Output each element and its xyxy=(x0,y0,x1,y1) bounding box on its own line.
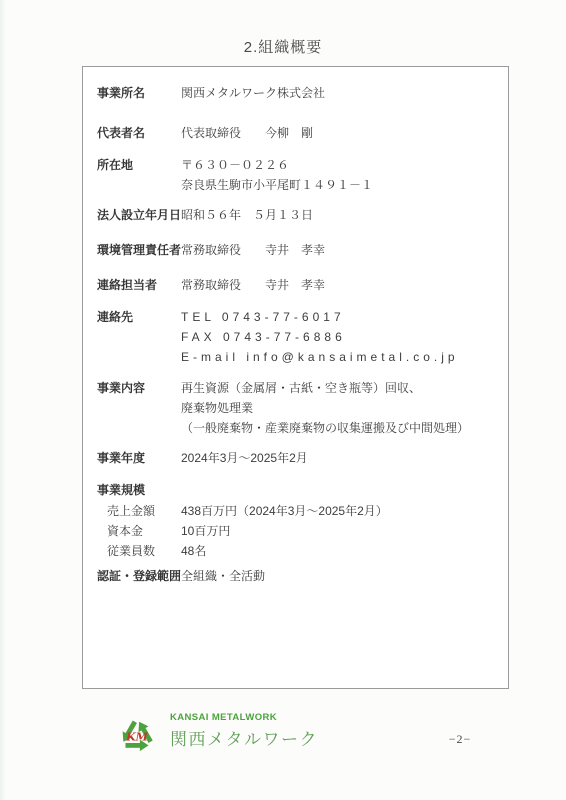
row-value: 48名 xyxy=(181,541,206,561)
table-row-contact: 連絡先 TEL 0743-77-6017 FAX 0743-77-6886 E-… xyxy=(97,307,494,367)
row-value: 全組織・全活動 xyxy=(181,566,265,586)
row-value: 438百万円（2024年3月～2025年2月） xyxy=(181,501,388,521)
logo-name-ja: 関西メタルワーク xyxy=(170,725,318,750)
table-row: 代表者名 代表取締役 今柳 剛 xyxy=(97,123,494,143)
row-label: 事業年度 xyxy=(97,448,181,468)
row-value: 常務取締役 寺井 孝幸 xyxy=(181,240,325,260)
company-logo: KM KANSAI METALWORK 関西メタルワーク xyxy=(113,705,318,757)
table-row: 事業年度 2024年3月～2025年2月 xyxy=(97,448,494,468)
row-value: 代表取締役 今柳 剛 xyxy=(181,123,313,143)
row-value: 常務取締役 寺井 孝幸 xyxy=(181,275,325,295)
row-value: 関西メタルワーク株式会社 xyxy=(181,83,325,103)
row-label: 事業内容 xyxy=(97,378,181,398)
row-value: 〒６３０－０２２６ 奈良県生駒市小平尾町１４９１－１ xyxy=(181,155,373,195)
logo-text: KANSAI METALWORK 関西メタルワーク xyxy=(170,705,318,750)
tel-line: TEL 0743-77-6017 xyxy=(181,307,459,327)
row-value: TEL 0743-77-6017 FAX 0743-77-6886 E-mail… xyxy=(181,307,459,367)
table-row: 事業所名 関西メタルワーク株式会社 xyxy=(97,83,494,103)
email-line: E-mail info@kansaimetal.co.jp xyxy=(181,347,459,367)
row-value: 2024年3月～2025年2月 xyxy=(181,448,308,468)
row-label: 代表者名 xyxy=(97,123,181,143)
row-label: 連絡先 xyxy=(97,307,181,327)
row-label: 従業員数 xyxy=(107,541,181,561)
table-subrow: 売上金額 438百万円（2024年3月～2025年2月） xyxy=(97,501,494,521)
row-value: 昭和５６年 ５月１３日 xyxy=(181,205,313,225)
row-value: 10百万円 xyxy=(181,521,230,541)
row-label: 所在地 xyxy=(97,155,181,175)
table-subrow: 資本金 10百万円 xyxy=(97,521,494,541)
row-label: 法人設立年月日 xyxy=(97,205,181,225)
row-label: 環境管理責任者 xyxy=(97,240,181,260)
table-row: 連絡担当者 常務取締役 寺井 孝幸 xyxy=(97,275,494,295)
row-label: 売上金額 xyxy=(107,501,181,521)
table-row: 事業内容 再生資源（金属屑・古紙・空き瓶等）回収、 廃棄物処理業 （一般廃棄物・… xyxy=(97,378,494,438)
table-row: 所在地 〒６３０－０２２６ 奈良県生駒市小平尾町１４９１－１ xyxy=(97,155,494,195)
table-row: 認証・登録範囲 全組織・全活動 xyxy=(97,566,494,586)
company-profile-table: 事業所名 関西メタルワーク株式会社 代表者名 代表取締役 今柳 剛 所在地 〒６… xyxy=(82,66,509,689)
table-row: 法人設立年月日 昭和５６年 ５月１３日 xyxy=(97,205,494,225)
logo-name-en: KANSAI METALWORK xyxy=(170,712,318,723)
table-row-section-header: 事業規模 xyxy=(97,480,494,500)
logo-monogram: KM xyxy=(125,731,149,744)
fax-line: FAX 0743-77-6886 xyxy=(181,327,459,347)
row-label: 認証・登録範囲 xyxy=(97,566,181,586)
table-subrow: 従業員数 48名 xyxy=(97,541,494,561)
row-label: 事業規模 xyxy=(97,480,181,500)
scan-edge-artifact xyxy=(0,0,6,800)
table-row: 環境管理責任者 常務取締役 寺井 孝幸 xyxy=(97,240,494,260)
page-number: −2− xyxy=(438,732,482,747)
row-label: 事業所名 xyxy=(97,83,181,103)
page-title: 2.組織概要 xyxy=(0,36,566,57)
row-label: 連絡担当者 xyxy=(97,275,181,295)
row-label: 資本金 xyxy=(107,521,181,541)
recycle-icon: KM xyxy=(113,705,161,757)
row-value: 再生資源（金属屑・古紙・空き瓶等）回収、 廃棄物処理業 （一般廃棄物・産業廃棄物… xyxy=(181,378,469,438)
